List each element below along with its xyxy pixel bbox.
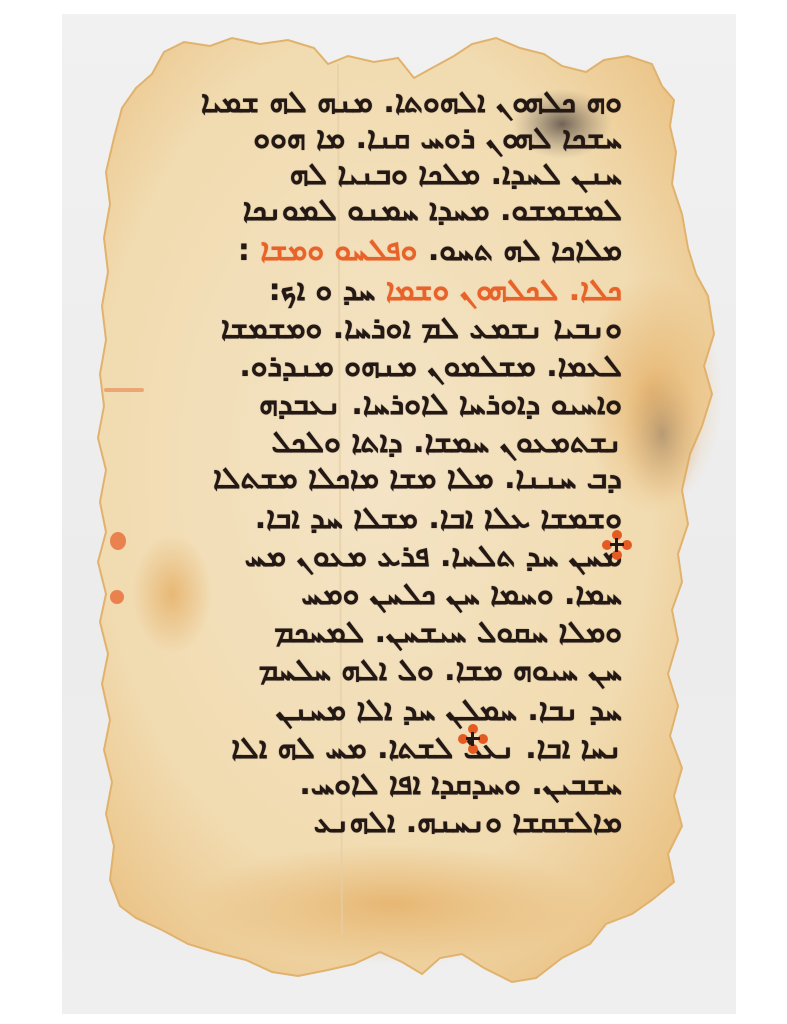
rubric-line-5: ܘܦܠܚܘ ܘܡܫܐ [260,233,417,268]
text-line-9: ܘܐܚܝܘ ܕܐܘܪܚܐ ܠܐܘܪܚܐ. ܢܥܒܕܗ [259,388,622,422]
text-line-16: ܚܢ ܚܝܘܗ ܡܫܐ. ܘܠ ܐܠܗ ܚܠܚܡ [259,654,622,688]
manuscript-text: ܘܗ ܟܠܗܘܢ ܐܠܗܘܬܐ. ܡܢܗ ܠܗ ܫܡܝܐ ܚܫܟܐ ܠܗܘܢ ܪ… [92,34,722,990]
text-line-2: ܚܫܟܐ ܠܗܘܢ ܪܘܚ ܩܢܐ. ܡܐ ܗܘܘ [253,122,622,156]
text-line-4: ܠܡܫܡܫܘ. ܡܚܕܐ ܚܡܢܘ ܠܡܘܢܟܐ [243,194,622,228]
red-margin-mark [104,388,144,392]
text-line-17: ܚܕ ܢܒܐ. ܚܡܠܢ ܚܕ ܐܠܐ ܡܚܢܢ [276,694,622,728]
text-line-7: ܘܢܒܝܐ ܢܫܡܥ ܠܡ ܐܘܪܚܐ. ܘܡܫܡܫܐ [221,312,622,346]
manuscript-leaf: ܘܗ ܟܠܗܘܢ ܐܠܗܘܬܐ. ܡܢܗ ܠܗ ܫܡܝܐ ܚܫܟܐ ܠܗܘܢ ܪ… [92,34,722,990]
text-line-3: ܚܢܢ ܠܚܕܐ. ܡܠܟܐ ܘܒܢܝܐ ܠܗ [290,158,622,192]
text-line-19: ܚܫܒܝܢ. ܘܚܕܩܕܐ ܐܦܐ ܠܐܘܚ. [299,768,622,802]
quatrefoil-cross-ornament [458,724,488,754]
text-line-12: ܘܫܡܫܐ ܥܠܐ ܐܒܐ. ܡܫܠܐ ܚܕ ܐܒܐ. [255,502,622,536]
quatrefoil-cross-ornament [602,530,632,560]
text-line-10: ܢܫܬܡܥܘܢ ܚܡܫܐ. ܕܐܬܐ ܘܠܟܠ [272,426,622,460]
text-line-18: ܢܚܐ ܐܒܐ. ܢܥܠ ܠܫܬܐ. ܡܚ ܠܗ ܐܠܐ [231,732,622,766]
text-line-14: ܚܡܐ. ܘܚܡܐ ܚܢ ܟܠܚܢ ܘܡܚ [301,578,622,612]
red-margin-mark [110,532,126,550]
rubric-line-6: ܟܠܐ. ܠܟܠܗܘܢ ܘܫܡܐ [386,273,622,308]
red-margin-mark [110,590,124,604]
text-line-5-colon: : [238,233,250,268]
text-line-15: ܘܡܠܐ ܚܩܘܠ ܚܝܫܚܢ. ܠܡܚܟܡ [274,616,622,650]
text-line-8: ܠܥܡܐ. ܡܫܠܡܘܢ ܡܢܗܘ ܡܢܕܪܘ. [239,350,622,384]
text-line-11: ܕܒ ܚܢܢܐ. ܡܠܐ ܡܫܐ ܡܐܟܠܐ ܡܫܬܠܐ [213,462,622,496]
text-line-6: ܟܠܐ. ܠܟܠܗܘܢ ܘܫܡܐ ܚܕ ܘ ܐܟ: [269,274,622,308]
text-line-20: ܡܐܠܫܩܫܐ ܘܢܚܢܗ. ܐܠܗܢܥ [314,806,622,840]
text-line-1: ܘܗ ܟܠܗܘܢ ܐܠܗܘܬܐ. ܡܢܗ ܠܗ ܫܡܝܐ [201,86,622,120]
text-line-5: ܡܠܐܟܐ ܠܗ ܬܚܘ. ܘܦܠܚܘ ܘܡܫܐ : [238,234,622,268]
text-line-13: ܡܚܢ ܚܕ ܬܠܚܐ. ܦܪܥ ܡܥܘܢ ܡܚ [245,540,622,574]
text-line-5-black: ܡܠܐܟܐ ܠܗ ܬܚܘ. [428,233,622,268]
text-line-6-black: ܚܕ ܘ ܐܟ: [269,273,376,308]
